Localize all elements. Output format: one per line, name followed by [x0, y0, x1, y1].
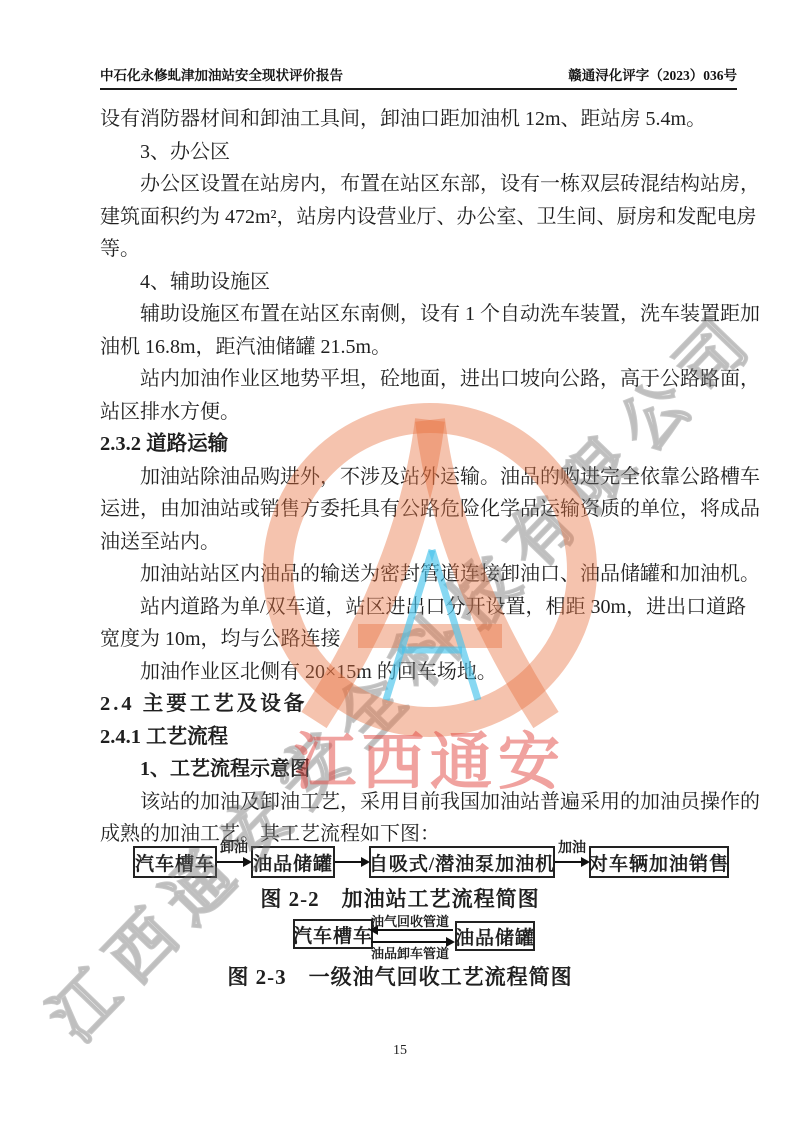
label-vapor-recovery-pipe: 油气回收管道 [330, 911, 490, 930]
flow-node-vehicle-sales: 对车辆加油销售 [589, 846, 729, 878]
text-line: 加油站除油品购进外，不涉及站外运输。油品的购进完全依靠公路槽车 [100, 461, 740, 494]
section-heading-2-3-2: 2.3.2 道路运输 [100, 428, 740, 461]
text-line: 加油作业区北侧有 20×15m 的回车场地。 [100, 656, 740, 689]
arrow-label-refuel: 加油 [558, 837, 586, 857]
text-line: 运进，由加油站或销售方委托具有公路危险化学品运输资质的单位，将成品 [100, 493, 740, 526]
header-rule [100, 88, 737, 90]
flow-node-storage-tank: 油品储罐 [251, 846, 335, 878]
text-line: 4、辅助设施区 [100, 266, 740, 299]
text-line: 办公区设置在站房内，布置在站区东部，设有一栋双层砖混结构站房， [100, 168, 740, 201]
text-line: 加油站站区内油品的输送为密封管道连接卸油口、油品储罐和加油机。 [100, 558, 740, 591]
text-line: 建筑面积约为 472m²，站房内设营业厅、办公室、卫生间、厨房和发配电房 [100, 201, 740, 234]
text-line: 站内加油作业区地势平坦，砼地面，进出口坡向公路，高于公路路面， [100, 363, 740, 396]
figure-2-2-caption: 图 2-2 加油站工艺流程简图 [0, 883, 800, 913]
flowchart-vapor-recovery: 汽车槽车 油品储罐 油气回收管道 油品卸车管道 [0, 918, 800, 960]
flow-node-tanker-truck: 汽车槽车 [133, 846, 217, 878]
text-line: 油送至站内。 [100, 526, 740, 559]
flow-node-dispenser: 自吸式/潜油泵加油机 [369, 846, 555, 878]
header-right-docnumber: 赣通浔化评字（2023）036号 [568, 64, 737, 84]
arrow-right-icon [335, 846, 369, 878]
flowchart-fueling-process: 汽车槽车 卸油 油品储罐 自吸式/潜油泵加油机 加油 对车辆加油销售 [133, 846, 729, 878]
text-line: 油机 16.8m，距汽油储罐 21.5m。 [100, 331, 740, 364]
page-header: 中石化永修虬津加油站安全现状评价报告 赣通浔化评字（2023）036号 [100, 64, 737, 84]
arrow-unload-icon: 卸油 [217, 846, 251, 878]
text-line: 站内道路为单/双车道，站区进出口分开设置，相距 30m，进出口道路 [100, 591, 740, 624]
section-heading-2-4-1: 2.4.1 工艺流程 [100, 721, 740, 754]
body-text: 设有消防器材间和卸油工具间，卸油口距加油机 12m、距站房 5.4m。 3、办公… [100, 103, 740, 851]
text-line: 该站的加油及卸油工艺，采用目前我国加油站普遍采用的加油员操作的 [100, 786, 740, 819]
header-left-title: 中石化永修虬津加油站安全现状评价报告 [100, 64, 343, 84]
text-line: 3、办公区 [100, 136, 740, 169]
arrow-label-unload: 卸油 [220, 837, 248, 857]
text-line: 等。 [100, 233, 740, 266]
sub-heading-1: 1、工艺流程示意图 [100, 753, 740, 786]
arrow-refuel-icon: 加油 [555, 846, 589, 878]
text-line: 辅助设施区布置在站区东南侧，设有 1 个自动洗车装置，洗车装置距加 [100, 298, 740, 331]
section-heading-2-4: 2.4 主要工艺及设备 [100, 688, 740, 721]
text-line: 宽度为 10m，均与公路连接 [100, 623, 740, 656]
document-page: 中石化永修虬津加油站安全现状评价报告 赣通浔化评字（2023）036号 设有消防… [0, 0, 800, 1131]
label-oil-unloading-pipe: 油品卸车管道 [330, 943, 490, 962]
page-number: 15 [0, 1043, 800, 1059]
figure-2-3-caption: 图 2-3 一级油气回收工艺流程简图 [0, 961, 800, 991]
text-line: 设有消防器材间和卸油工具间，卸油口距加油机 12m、距站房 5.4m。 [100, 103, 740, 136]
text-line: 站区排水方便。 [100, 396, 740, 429]
